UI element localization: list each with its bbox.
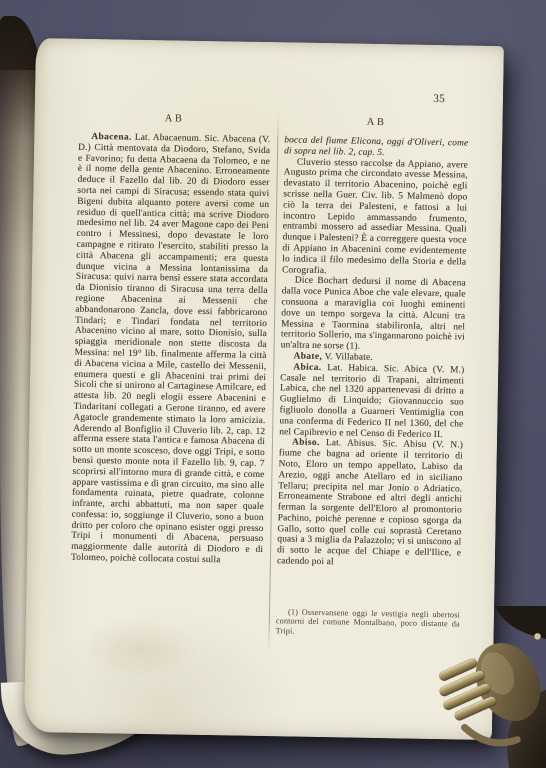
- entry-headword: Abate,: [293, 351, 322, 361]
- paragraph: Cluverio stesso raccolse da Appiano, ave…: [282, 157, 468, 279]
- right-column: AB bocca del fiume Elicona, oggi d'Olive…: [276, 114, 469, 639]
- brass-stud: [534, 633, 540, 639]
- entry-headword: Abiso.: [292, 438, 320, 448]
- text-columns: AB Abacena. Lat. Abacaenum. Sic. Abacena…: [70, 111, 469, 639]
- paragraph: Abica. Lat. Habica. Sic. Abica (V. M.) C…: [279, 362, 464, 441]
- brass-hand-page-holder: [446, 606, 546, 768]
- paragraph: Abiso. Lat. Abisus. Sic. Abisu (V. N.) f…: [277, 438, 463, 571]
- footnote: (1) Osservansene oggi le vestigia negli …: [276, 607, 460, 639]
- right-column-text: bocca del fiume Elicona, oggi d'Oliveri,…: [277, 135, 469, 570]
- left-column-text: Abacena. Lat. Abacaenum. Sic. Abacena (V…: [71, 132, 271, 567]
- right-column-header: AB: [284, 114, 468, 130]
- paragraph: bocca del fiume Elicona, oggi d'Oliveri,…: [284, 135, 468, 160]
- entry-headword: Abica.: [293, 362, 321, 372]
- paragraph: Dice Bochart dedursi il nome di Abacena …: [281, 276, 466, 355]
- paragraph: Abacena. Lat. Abacaenum. Sic. Abacena (V…: [71, 132, 271, 567]
- page-surface: 35 AB Abacena. Lat. Abacaenum. Sic. Abac…: [24, 38, 504, 740]
- footnote-text: (1) Osservansene oggi le vestigia negli …: [276, 607, 460, 635]
- book-page: 35 AB Abacena. Lat. Abacaenum. Sic. Abac…: [24, 38, 504, 740]
- left-column-header: AB: [79, 111, 271, 127]
- left-column: AB Abacena. Lat. Abacaenum. Sic. Abacena…: [70, 111, 271, 636]
- brass-hand-icon: [446, 606, 546, 768]
- photo-backdrop: 35 AB Abacena. Lat. Abacaenum. Sic. Abac…: [0, 0, 546, 768]
- entry-headword: Abacena.: [91, 132, 132, 143]
- page-number: 35: [433, 93, 445, 105]
